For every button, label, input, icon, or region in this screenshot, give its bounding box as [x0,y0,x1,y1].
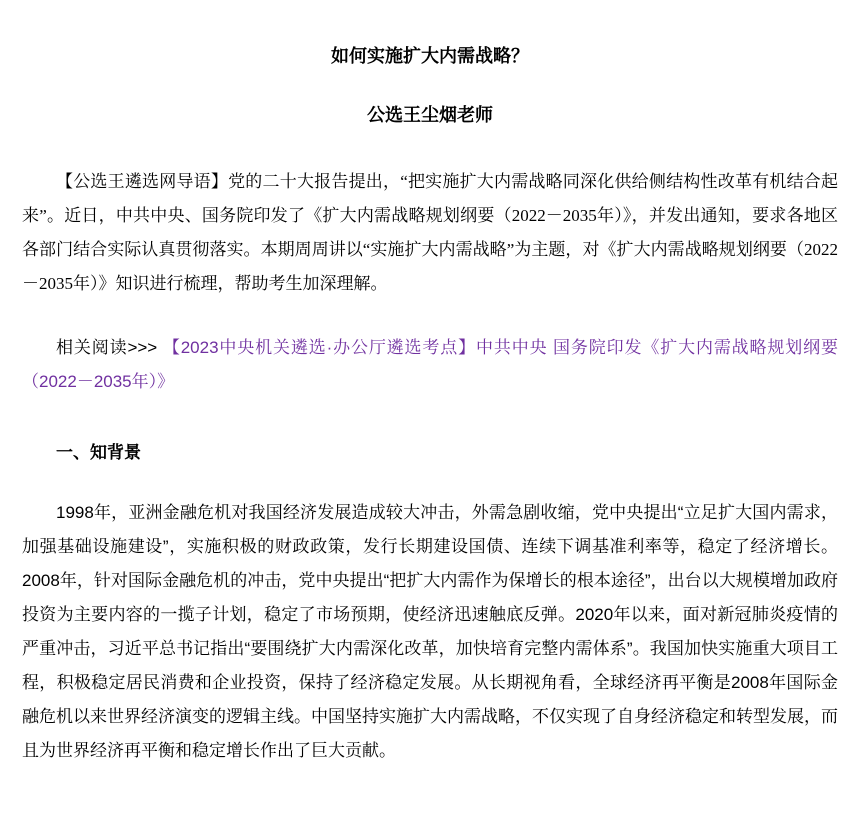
article-title: 如何实施扩大内需战略？ [22,46,838,66]
section-body-paragraph: 1998年，亚洲金融危机对我国经济发展造成较大冲击，外需急剧收缩，党中央提出“立… [22,496,838,768]
intro-paragraph: 【公选王遴选网导语】党的二十大报告提出，“把实施扩大内需战略同深化供给侧结构性改… [22,165,838,301]
article-page: 如何实施扩大内需战略？ 公选王尘烟老师 【公选王遴选网导语】党的二十大报告提出，… [0,0,866,815]
article-author: 公选王尘烟老师 [22,105,838,125]
section-heading-background: 一、知背景 [22,441,838,465]
related-reading-line: 相关阅读>>> 【2023中央机关遴选·办公厅遴选考点】中共中央 国务院印发《扩… [22,331,838,399]
related-reading-label: 相关阅读>>> [56,338,157,357]
